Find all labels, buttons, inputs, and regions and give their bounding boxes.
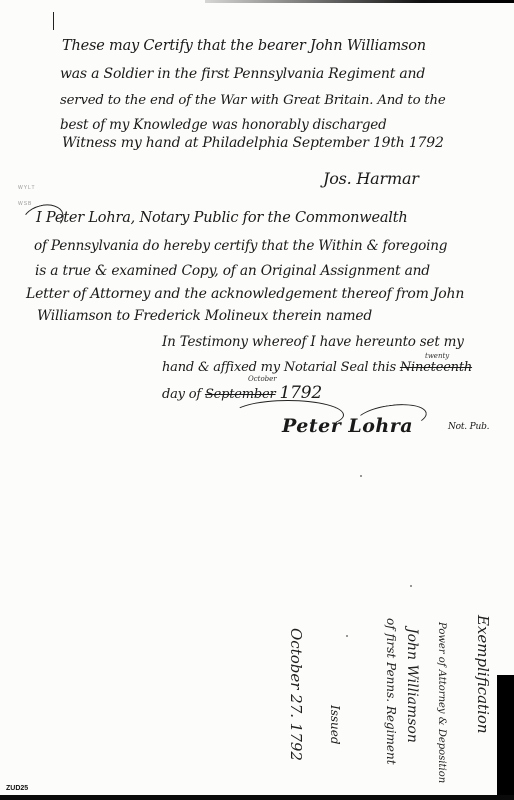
- notary-line-1: I Peter Lohra, Notary Public for the Com…: [36, 210, 408, 226]
- endorsement-line-2: Power of Attorney & Deposition: [436, 622, 447, 783]
- endorsement-line-1: Exemplification: [474, 615, 492, 734]
- day-of-text: day of: [162, 387, 201, 402]
- scan-bottom-edge: [0, 795, 514, 800]
- endorsement-line-4: of first Penns. Regiment: [384, 618, 398, 765]
- document-page: These may Certify that the bearer John W…: [0, 0, 514, 800]
- endorsement-line-3: John Williamson: [404, 628, 420, 743]
- endorsement-line-5: Issued: [328, 705, 342, 745]
- certificate-line-5: Witness my hand at Philadelphia Septembe…: [62, 135, 444, 151]
- inserted-day: twenty: [425, 352, 449, 360]
- margin-stamp-1: WYLT: [18, 185, 36, 191]
- notary-line-2: of Pennsylvania do hereby certify that t…: [34, 238, 447, 254]
- certificate-line-4: best of my Knowledge was honorably disch…: [60, 117, 387, 133]
- endorsement-line-6: October 27. 1792: [287, 628, 305, 761]
- lohra-signature: Peter Lohra: [282, 415, 413, 437]
- scan-top-edge: [205, 0, 514, 3]
- notary-line-4: Letter of Attorney and the acknowledgeme…: [26, 286, 464, 302]
- harmar-signature: Jos. Harmar: [323, 169, 419, 188]
- struck-day: Nineteenth: [400, 360, 472, 375]
- notary-line-5: Williamson to Frederick Molineux therein…: [37, 308, 372, 324]
- struck-month: September: [205, 387, 276, 402]
- inserted-month: October: [248, 375, 277, 383]
- ink-speck: [410, 585, 412, 587]
- catalog-label: ZUD25: [6, 785, 28, 792]
- certificate-line-2: was a Soldier in the first Pennsylvania …: [60, 66, 425, 82]
- testimony-line-1: In Testimony whereof I have hereunto set…: [162, 334, 464, 350]
- notary-line-3: is a true & examined Copy, of an Origina…: [35, 263, 430, 279]
- testimony-text: hand & affixed my Notarial Seal this: [162, 360, 396, 375]
- ink-speck: [346, 635, 348, 637]
- ink-speck: [360, 475, 362, 477]
- certificate-line-3: served to the end of the War with Great …: [60, 93, 446, 108]
- testimony-line-2: hand & affixed my Notarial Seal this Nin…: [162, 360, 472, 375]
- scan-edge-bar: [497, 675, 514, 800]
- certificate-line-1: These may Certify that the bearer John W…: [62, 38, 426, 54]
- lohra-signature-suffix: Not. Pub.: [448, 422, 489, 432]
- margin-stamp-2: WSB: [18, 201, 32, 207]
- ink-mark: [53, 12, 54, 30]
